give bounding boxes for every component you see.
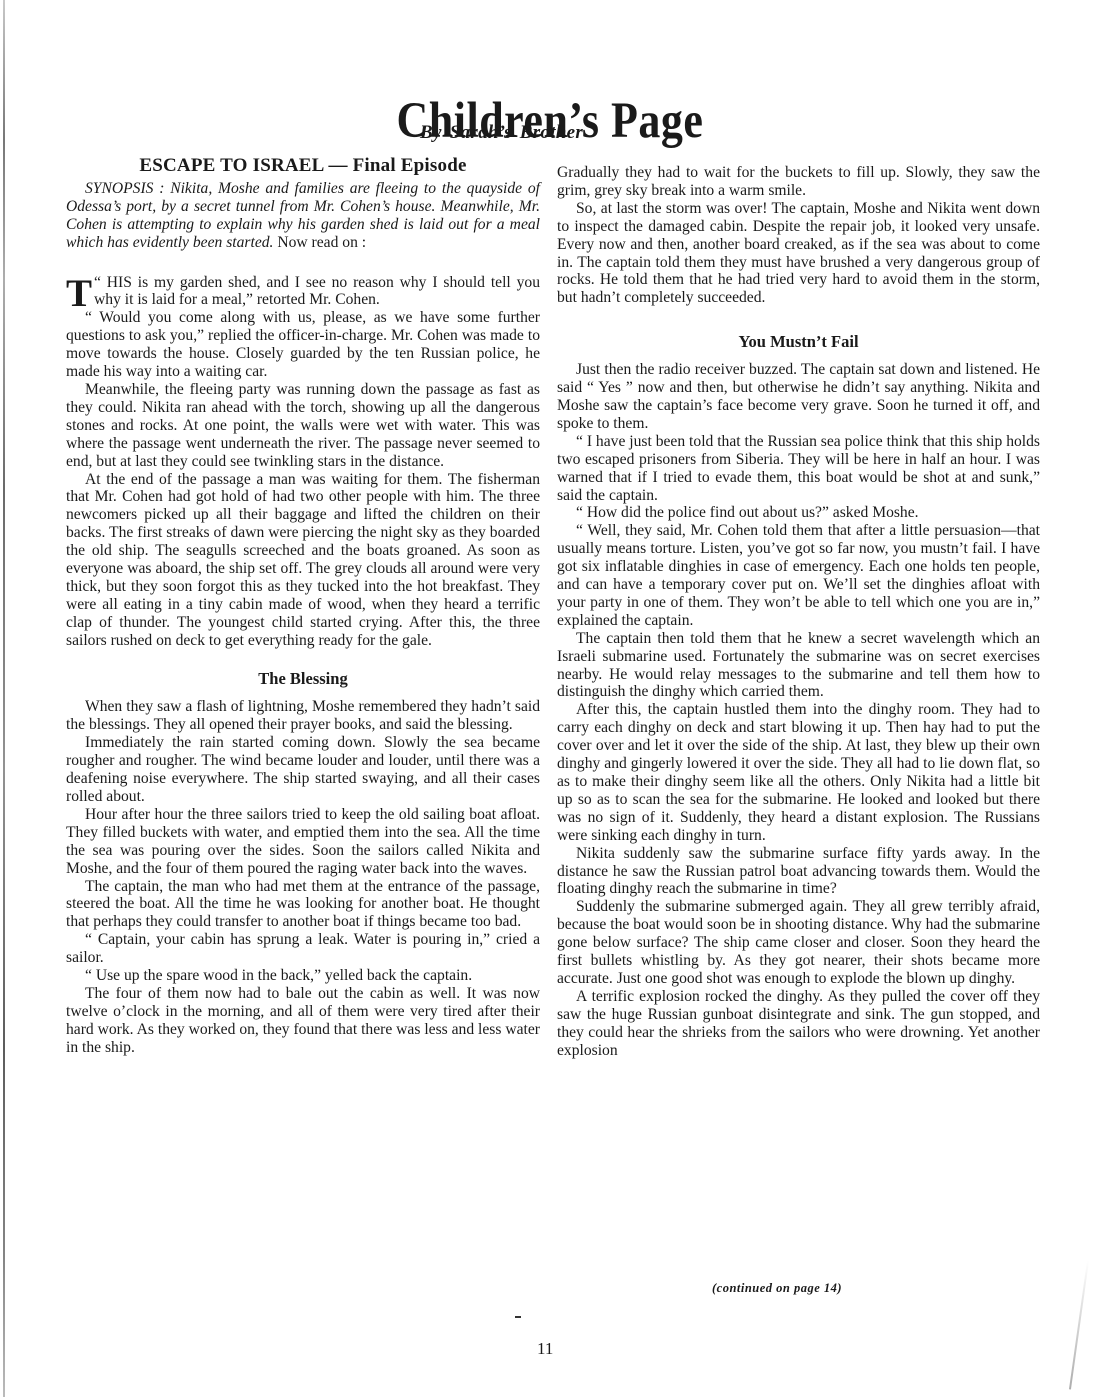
scan-edge-left	[3, 0, 5, 1397]
paragraph: Just then the radio receiver buzzed. The…	[557, 361, 1040, 433]
paragraph: A terrific explosion rocked the dinghy. …	[557, 988, 1040, 1060]
paragraph: The captain then told them that he knew …	[557, 630, 1040, 702]
left-column: ESCAPE TO ISRAEL — Final Episode SYNOPSI…	[66, 157, 540, 1057]
paragraph: “ Would you come along with us, please, …	[66, 309, 540, 381]
paragraph: At the end of the passage a man was wait…	[66, 471, 540, 650]
page-number: 11	[537, 1339, 553, 1359]
paragraph: “ How did the police find out about us?”…	[557, 504, 1040, 522]
section-heading-blessing: The Blessing	[66, 670, 540, 688]
paragraph: Hour after hour the three sailors tried …	[66, 806, 540, 878]
paragraph: Meanwhile, the fleeing party was running…	[66, 381, 540, 471]
byline: By Sarah’s Brother	[420, 122, 583, 144]
drop-cap: T	[66, 279, 92, 309]
paragraph: The four of them now had to bale out the…	[66, 985, 540, 1057]
dash-mark	[515, 1316, 521, 1318]
paragraph: Suddenly the submarine submerged again. …	[557, 898, 1040, 988]
continued-note: (continued on page 14)	[712, 1281, 842, 1296]
paragraph: “ Well, they said, Mr. Cohen told them t…	[557, 522, 1040, 629]
scan-edge-right	[1069, 1260, 1089, 1389]
story-title: ESCAPE TO ISRAEL — Final Episode	[66, 157, 540, 175]
paragraph: So, at last the storm was over! The capt…	[557, 200, 1040, 307]
paragraph: Gradually they had to wait for the bucke…	[557, 164, 1040, 200]
paragraph: “ Captain, your cabin has sprung a leak.…	[66, 931, 540, 967]
paragraph: Nikita suddenly saw the submarine surfac…	[557, 845, 1040, 899]
paragraph: When they saw a flash of lightning, Mosh…	[66, 698, 540, 734]
paragraph: “ Use up the spare wood in the back,” ye…	[66, 967, 540, 985]
paragraph: The captain, the man who had met them at…	[66, 878, 540, 932]
paragraph: Immediately the rain started coming down…	[66, 734, 540, 806]
synopsis: SYNOPSIS : Nikita, Moshe and families ar…	[66, 180, 540, 252]
paragraph: “ I have just been told that the Russian…	[557, 433, 1040, 505]
right-column: Gradually they had to wait for the bucke…	[557, 164, 1040, 1060]
read-on-label: Now read on :	[273, 234, 366, 251]
opening-paragraph: “ THIS is my garden shed, and I see no r…	[66, 274, 540, 310]
section-heading-mustnt-fail: You Mustn’t Fail	[557, 333, 1040, 351]
paragraph: After this, the captain hustled them int…	[557, 701, 1040, 844]
